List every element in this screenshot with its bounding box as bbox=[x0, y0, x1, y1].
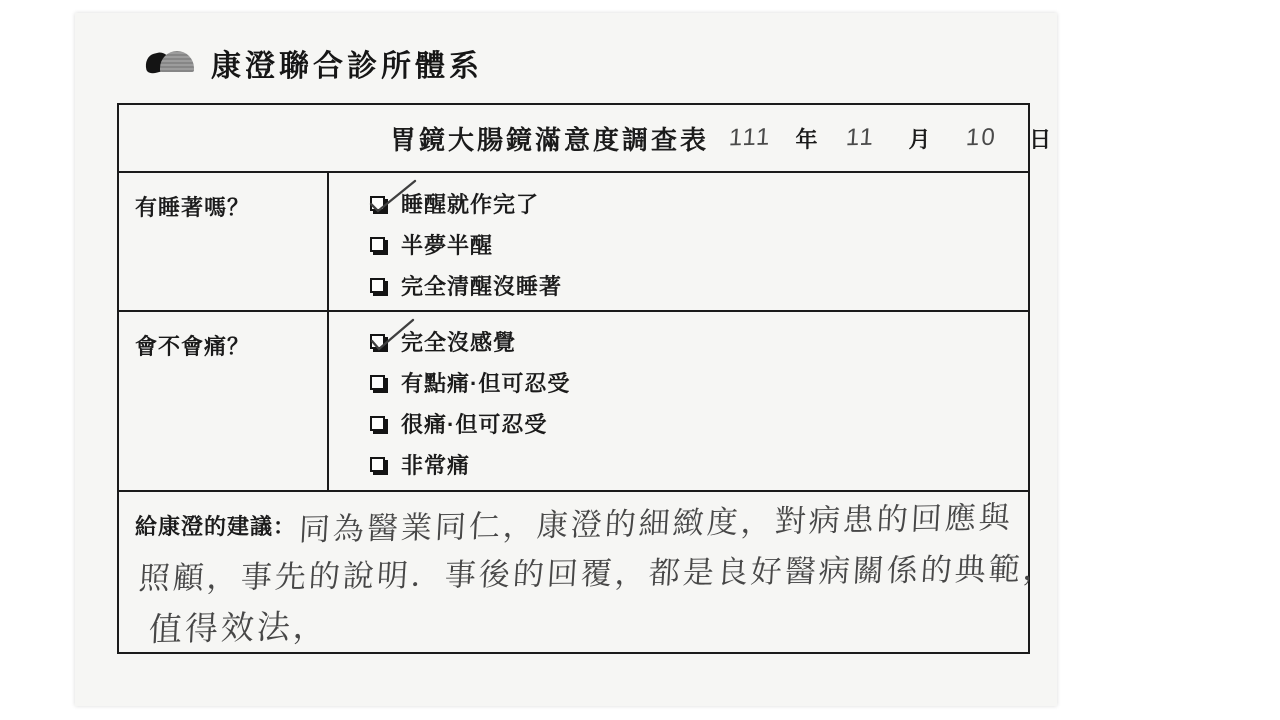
date-year-handwritten: 111 bbox=[728, 124, 773, 153]
suggestion-row: 給康澄的建議： 同為醫業同仁，康澄的細緻度，對病患的回應與 照顧，事先的說明．事… bbox=[119, 492, 1028, 652]
question-label-sleep: 有睡著嗎？ bbox=[135, 195, 250, 220]
checkbox[interactable] bbox=[370, 237, 385, 252]
checkbox-checked[interactable] bbox=[370, 334, 385, 349]
options-cell-pain: 完全沒感覺 有點痛·但可忍受 很痛·但可忍受 非常痛 bbox=[329, 312, 1028, 490]
handwritten-checkmark-icon bbox=[367, 315, 421, 355]
date-day-handwritten: 10 bbox=[965, 124, 998, 153]
question-label-pain: 會不會痛？ bbox=[135, 334, 250, 359]
option-row: 完全清醒沒睡著 bbox=[370, 265, 1028, 306]
option-row: 有點痛·但可忍受 bbox=[370, 362, 1028, 403]
logo-leaf-gray bbox=[160, 51, 194, 72]
clinic-logo-icon bbox=[145, 47, 197, 79]
option-row: 睡醒就作完了 bbox=[370, 183, 1028, 224]
question-row-sleep: 有睡著嗎？ 睡醒就作完了 半夢半醒 bbox=[119, 173, 1028, 312]
option-label: 非常痛 bbox=[401, 449, 470, 480]
date-year-label: 年 bbox=[796, 123, 818, 154]
option-row: 非常痛 bbox=[370, 444, 1028, 485]
survey-header-row: 胃鏡大腸鏡滿意度調查表 111 年 11 月 10 日 bbox=[119, 105, 1028, 173]
checkbox[interactable] bbox=[370, 375, 385, 390]
question-cell-sleep: 有睡著嗎？ bbox=[119, 173, 329, 310]
option-row: 很痛·但可忍受 bbox=[370, 403, 1028, 444]
option-label: 有點痛·但可忍受 bbox=[401, 367, 570, 398]
date-month-handwritten: 11 bbox=[845, 124, 876, 153]
clinic-name: 康澄聯合診所體系 bbox=[211, 41, 483, 85]
option-row: 半夢半醒 bbox=[370, 224, 1028, 265]
scan-page: 康澄聯合診所體系 胃鏡大腸鏡滿意度調查表 111 年 11 月 10 日 有睡著… bbox=[0, 0, 1280, 720]
option-label: 很痛·但可忍受 bbox=[401, 408, 547, 439]
survey-title: 胃鏡大腸鏡滿意度調查表 bbox=[390, 120, 709, 157]
question-cell-pain: 會不會痛？ bbox=[119, 312, 329, 490]
checkbox[interactable] bbox=[370, 278, 385, 293]
suggestion-label: 給康澄的建議： bbox=[135, 510, 296, 541]
clinic-brand: 康澄聯合診所體系 bbox=[145, 41, 483, 85]
handwritten-suggestion-line-2: 照顧，事先的說明．事後的回覆，都是良好醫病關係的典範， bbox=[138, 543, 1059, 598]
checkbox[interactable] bbox=[370, 457, 385, 472]
handwritten-suggestion-line-3: 值得效法， bbox=[148, 600, 330, 651]
options-cell-sleep: 睡醒就作完了 半夢半醒 完全清醒沒睡著 bbox=[329, 173, 1028, 310]
scanned-paper: 康澄聯合診所體系 胃鏡大腸鏡滿意度調查表 111 年 11 月 10 日 有睡著… bbox=[75, 13, 1057, 706]
checkbox-checked[interactable] bbox=[370, 196, 385, 211]
option-row: 完全沒感覺 bbox=[370, 321, 1028, 362]
date-day-label: 日 bbox=[1029, 123, 1051, 154]
survey-table: 胃鏡大腸鏡滿意度調查表 111 年 11 月 10 日 有睡著嗎？ bbox=[117, 103, 1030, 654]
question-row-pain: 會不會痛？ 完全沒感覺 有點痛·但可忍受 bbox=[119, 312, 1028, 492]
handwritten-suggestion-line-1: 同為醫業同仁，康澄的細緻度，對病患的回應與 bbox=[298, 492, 1014, 550]
handwritten-checkmark-icon bbox=[367, 177, 421, 217]
option-label: 睡醒就作完了 bbox=[401, 188, 539, 219]
checkbox[interactable] bbox=[370, 416, 385, 431]
option-label: 完全清醒沒睡著 bbox=[401, 270, 562, 301]
option-label: 半夢半醒 bbox=[401, 229, 493, 260]
date-month-label: 月 bbox=[908, 123, 930, 154]
